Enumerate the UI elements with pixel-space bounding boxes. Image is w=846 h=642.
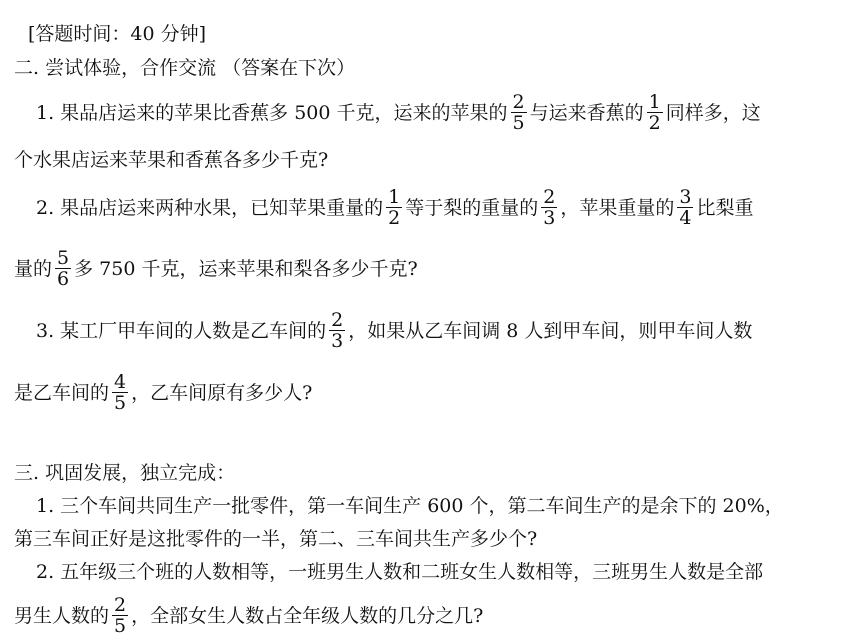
text: 同样多，这 [666,102,761,124]
s3-q1-line1: 1. 三个车间共同生产一批零件，第一车间生产 600 个，第二车间生产的是余下的… [36,494,784,518]
fraction: 23 [541,187,557,228]
s2-q2-line1: 2. 果品店运来两种水果，已知苹果重量的12等于梨的重量的23，苹果重量的34比… [36,187,754,230]
fraction: 56 [55,248,71,289]
s3-q1-line2: 第三车间正好是这批零件的一半，第二、三车间共生产多少个? [14,527,537,551]
fraction: 34 [677,187,693,228]
time-note: [答题时间：40 分钟] [28,22,206,46]
s2-q3-line2: 是乙车间的45，乙车间原有多少人? [14,372,312,415]
section-2-title: 二. 尝试体验，合作交流 （答案在下次） [14,56,355,80]
text: 多 750 千克，运来苹果和梨各多少千克? [74,258,418,280]
text: ，乙车间原有多少人? [131,382,312,404]
fraction: 12 [386,187,402,228]
fraction: 25 [112,595,128,636]
s2-q1-line2: 个水果店运来苹果和香蕉各多少千克? [14,148,328,172]
s3-q2-line2: 男生人数的25，全部女生人数占全年级人数的几分之几? [14,595,483,638]
text: 等于梨的重量的 [405,197,538,219]
s2-q2-line2: 量的56多 750 千克，运来苹果和梨各多少千克? [14,248,418,291]
fraction: 45 [112,372,128,413]
text: 2. 果品店运来两种水果，已知苹果重量的 [36,197,383,219]
text: 量的 [14,258,52,280]
section-3-title: 三. 巩固发展，独立完成： [14,461,235,485]
s2-q3-line1: 3. 某工厂甲车间的人数是乙车间的23，如果从乙车间调 8 人到甲车间，则甲车间… [36,310,752,353]
fraction: 12 [647,92,663,133]
text: ，如果从乙车间调 8 人到甲车间，则甲车间人数 [348,320,752,342]
fraction: 23 [329,310,345,351]
text: 男生人数的 [14,605,109,627]
text: ，苹果重量的 [560,197,674,219]
text: ，全部女生人数占全年级人数的几分之几? [131,605,483,627]
text: 比梨重 [696,197,753,219]
s3-q2-line1: 2. 五年级三个班的人数相等，一班男生人数和二班女生人数相等，三班男生人数是全部 [36,560,763,584]
text: 是乙车间的 [14,382,109,404]
text: 1. 果品店运来的苹果比香蕉多 500 千克，运来的苹果的 [36,102,508,124]
fraction: 25 [511,92,527,133]
text: 3. 某工厂甲车间的人数是乙车间的 [36,320,326,342]
text: 与运来香蕉的 [530,102,644,124]
s2-q1-line1: 1. 果品店运来的苹果比香蕉多 500 千克，运来的苹果的25与运来香蕉的12同… [36,92,761,135]
